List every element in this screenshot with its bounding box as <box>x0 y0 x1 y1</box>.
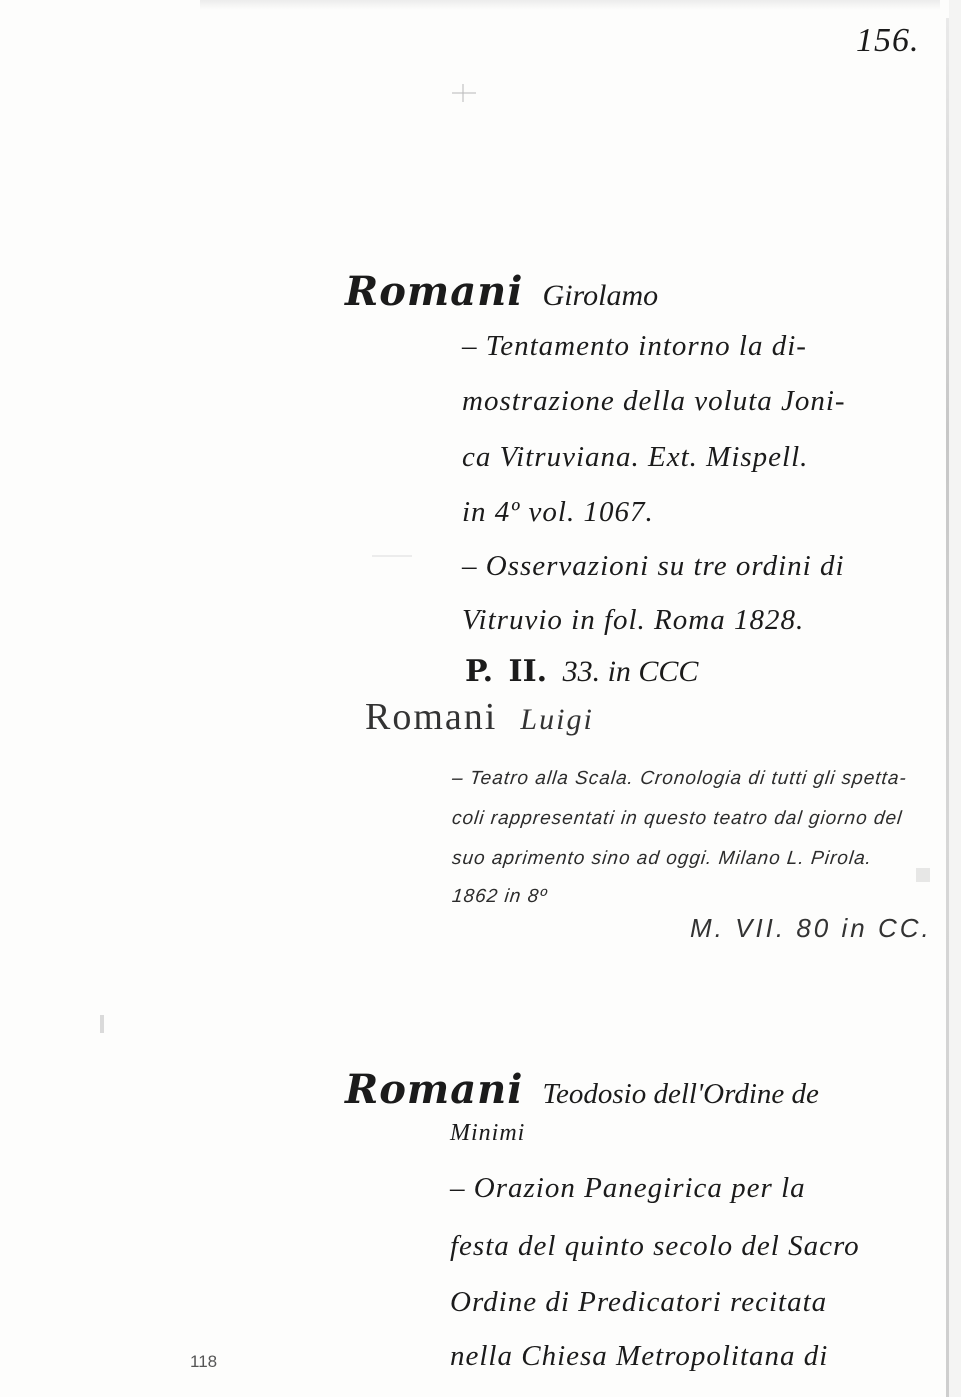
work-line: 1862 in 8º <box>451 886 548 908</box>
work-line: – Tentamento intorno la di- <box>462 330 807 363</box>
entry-heading: Romani Luigi <box>365 695 594 739</box>
work-line: coli rappresentati in questo teatro dal … <box>451 808 904 830</box>
entry-given-name: Girolamo <box>543 279 659 312</box>
work-line: mostrazione della voluta Joni- <box>462 385 846 418</box>
bleed-through-mark <box>452 92 476 94</box>
entry-given-name: Luigi <box>520 703 593 736</box>
work-line: festa del quinto secolo del Sacro <box>450 1230 860 1263</box>
work-line: Ordine di Predicatori recitata <box>450 1286 827 1319</box>
entry-heading: Romani Girolamo <box>345 268 658 315</box>
page-top-shadow <box>200 0 940 10</box>
page-binding-edge <box>946 18 949 1397</box>
footer-stamp: 118 <box>190 1352 217 1372</box>
bleed-through-mark <box>462 84 464 102</box>
work-line: nella Chiesa Metropolitana di <box>450 1340 828 1373</box>
page-right-margin <box>949 0 961 1397</box>
entry-surname: Romani <box>365 696 497 738</box>
work-line: ca Vitruviana. Ext. Mispell. <box>462 441 808 474</box>
bleed-through-mark <box>916 868 930 882</box>
entry-given-name: Teodosio dell'Ordine de <box>543 1078 819 1110</box>
bleed-through-mark <box>372 555 412 557</box>
entry-heading: Romani Teodosio dell'Ordine de <box>345 1066 819 1113</box>
work-line: in 4º vol. 1067. <box>462 496 654 529</box>
shelfmark-roman: II. <box>509 654 548 689</box>
shelfmark-letter: P. <box>465 654 493 689</box>
work-line: suo aprimento sino ad oggi. Milano L. Pi… <box>451 848 873 870</box>
folio-number: 156. <box>856 22 920 60</box>
entry-surname: Romani <box>345 1066 523 1113</box>
entry-surname: Romani <box>345 268 523 315</box>
shelfmark-rest: 33. in CCC <box>563 655 699 688</box>
shelfmark: M. VII. 80 in CC. <box>690 913 932 944</box>
entry-given-name-continued: Minimi <box>450 1120 525 1147</box>
work-line: – Osservazioni su tre ordini di <box>462 550 845 583</box>
work-line: – Teatro alla Scala. Cronologia di tutti… <box>451 768 908 790</box>
bleed-through-mark <box>100 1015 104 1033</box>
work-line: – Orazion Panegirica per la <box>450 1172 806 1205</box>
manuscript-page: 156. Romani Girolamo – Tentamento intorn… <box>0 0 961 1397</box>
shelfmark: P. II. 33. in CCC <box>465 654 698 689</box>
work-line: Vitruvio in fol. Roma 1828. <box>462 604 804 637</box>
